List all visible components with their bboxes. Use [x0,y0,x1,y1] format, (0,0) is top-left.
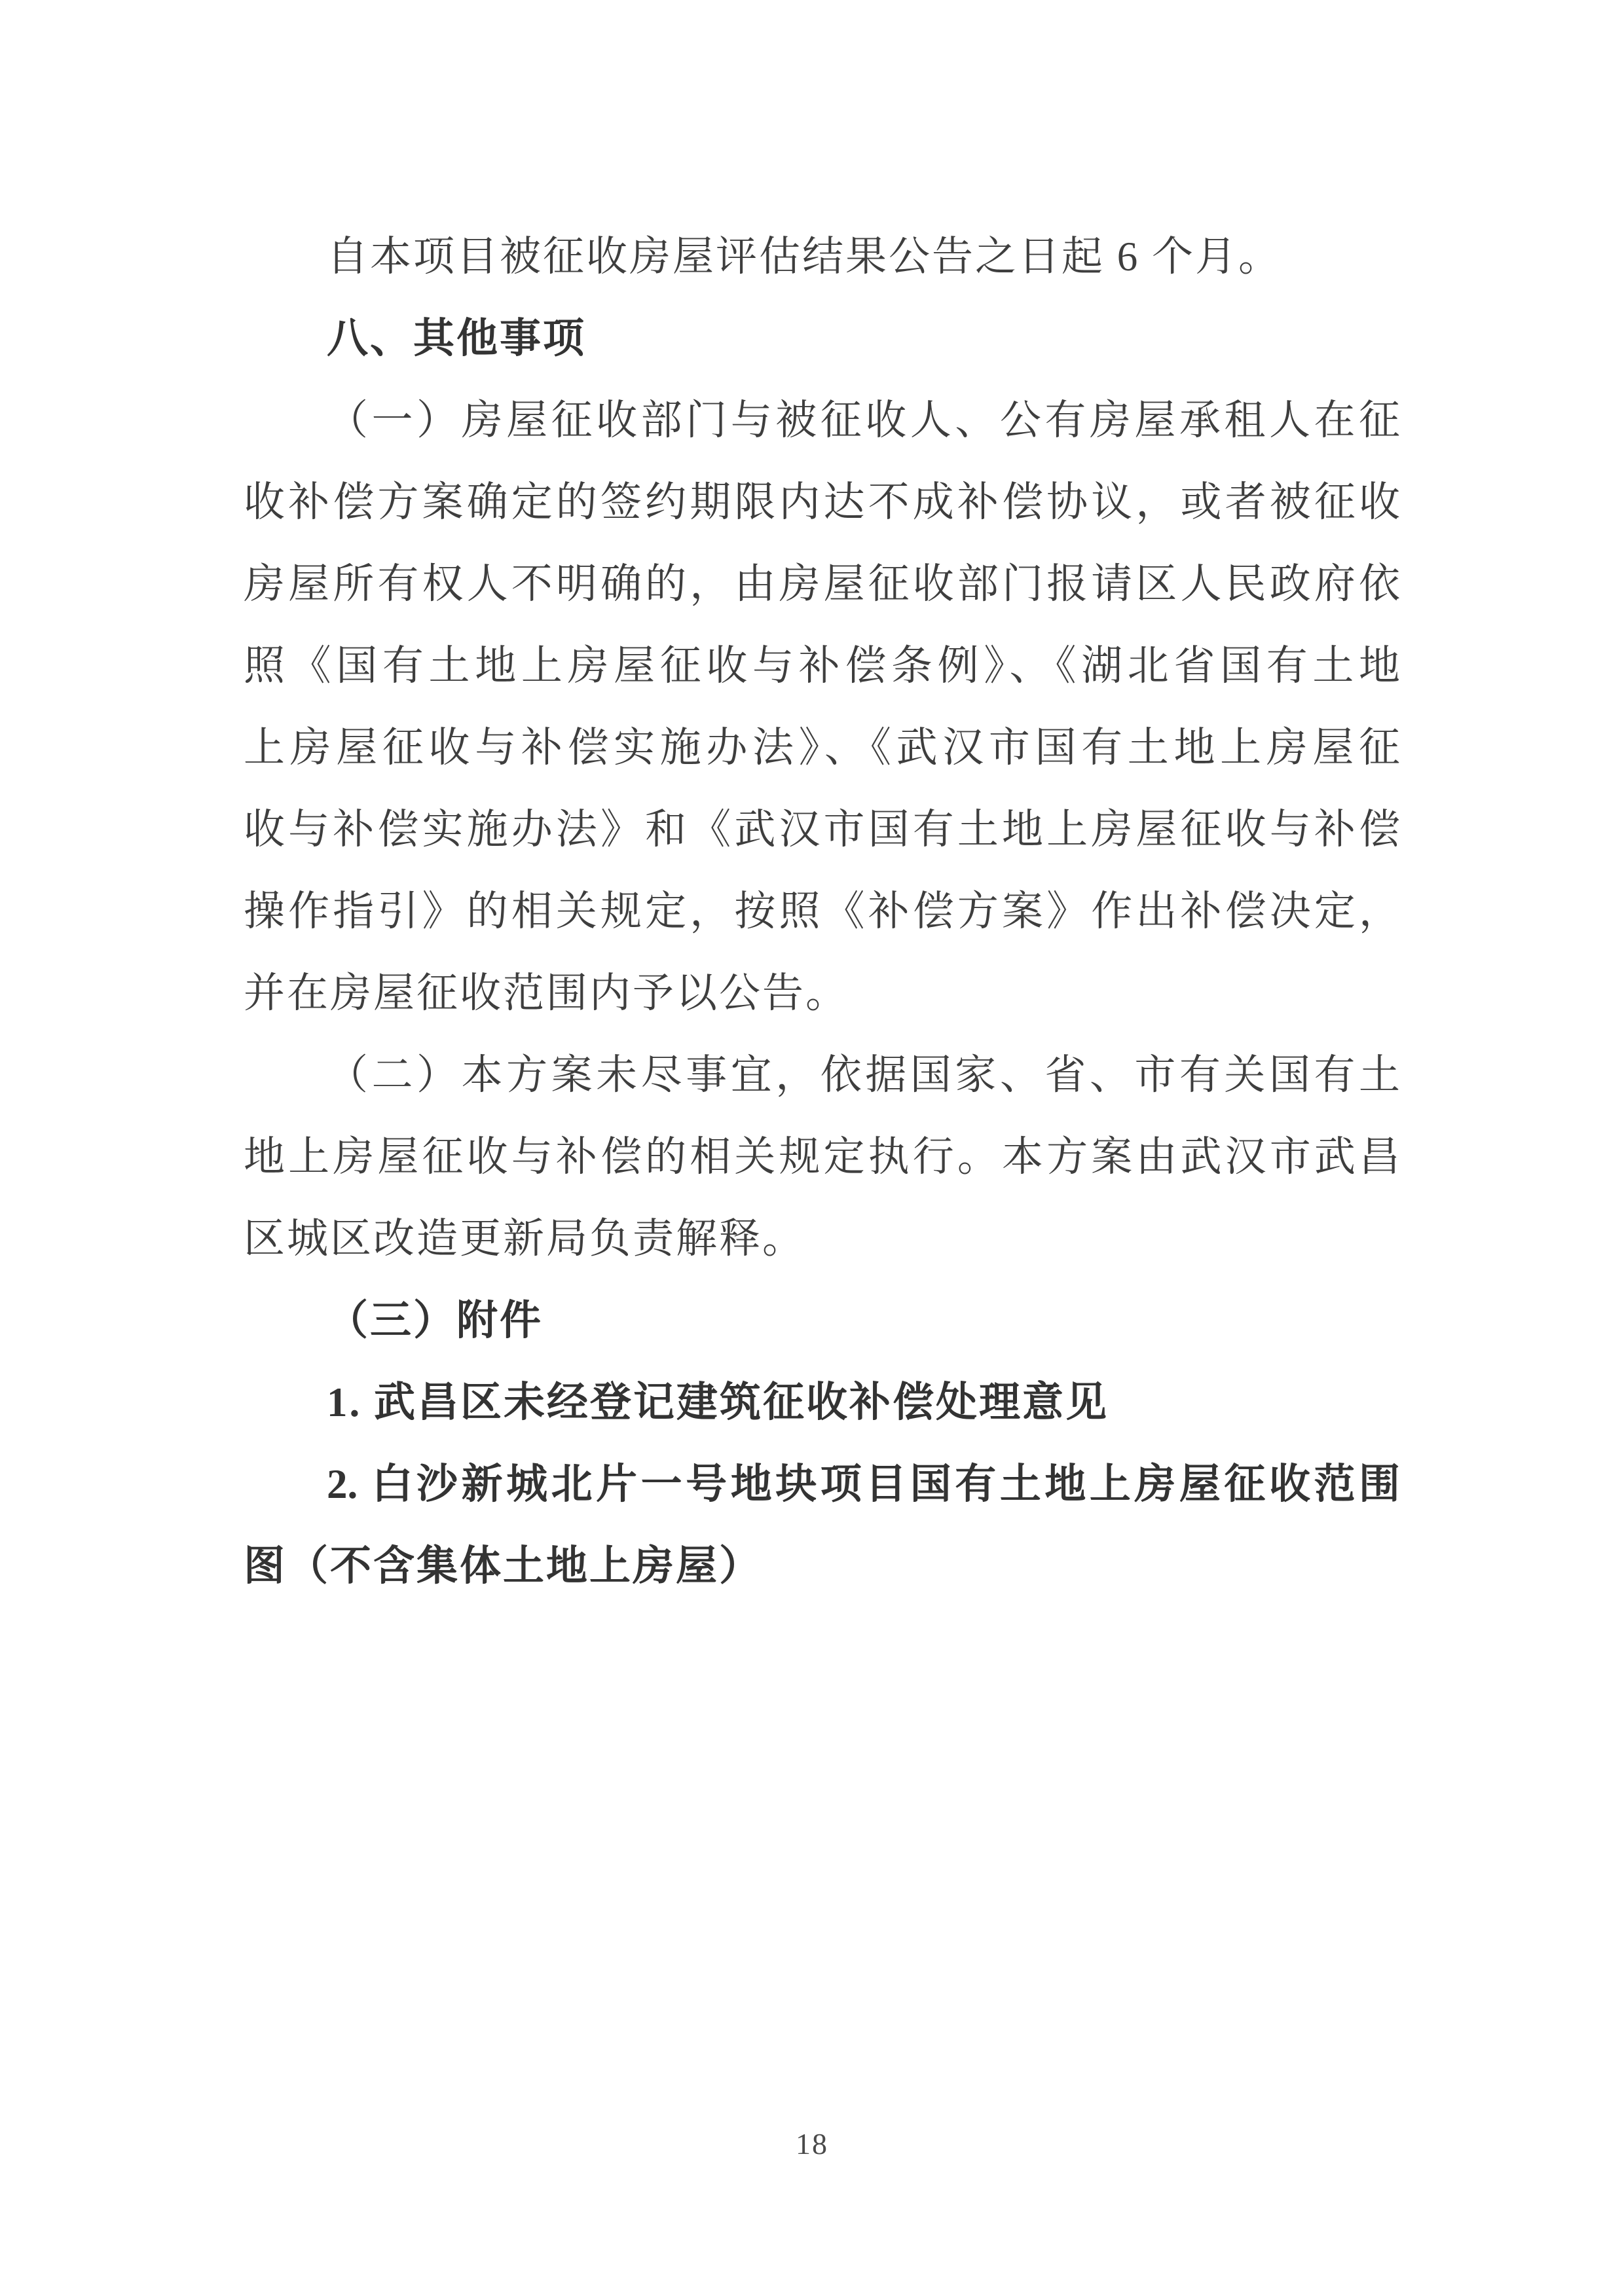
paragraph-line: （二）本方案未尽事宜，依据国家、省、市有关国有土 [244,1034,1400,1116]
paragraph-line: 区城区改造更新局负责解释。 [244,1198,1400,1280]
paragraph-line: 收补偿方案确定的签约期限内达不成补偿协议，或者被征收 [244,462,1400,543]
attachment-item-2-contd: 图（不含集体土地上房屋） [244,1525,1400,1607]
document-body: 自本项目被征收房屋评估结果公告之日起 6 个月。 八、其他事项 （一）房屋征收部… [244,216,1400,1607]
page-footer: 18 [0,2126,1624,2161]
paragraph-line: 自本项目被征收房屋评估结果公告之日起 6 个月。 [244,216,1400,298]
document-page: 自本项目被征收房屋评估结果公告之日起 6 个月。 八、其他事项 （一）房屋征收部… [0,0,1624,2296]
paragraph-line: 地上房屋征收与补偿的相关规定执行。本方案由武汉市武昌 [244,1116,1400,1198]
attachment-item-1: 1. 武昌区未经登记建筑征收补偿处理意见 [244,1362,1400,1444]
attachment-item-2: 2. 白沙新城北片一号地块项目国有土地上房屋征收范围 [244,1444,1400,1525]
paragraph-line: 收与补偿实施办法》和《武汉市国有土地上房屋征收与补偿 [244,789,1400,871]
attachments-heading: （三）附件 [244,1280,1400,1362]
page-number: 18 [796,2127,828,2160]
paragraph-line: 房屋所有权人不明确的，由房屋征收部门报请区人民政府依 [244,543,1400,625]
paragraph-line: （一）房屋征收部门与被征收人、公有房屋承租人在征 [244,380,1400,462]
paragraph-line: 上房屋征收与补偿实施办法》、《武汉市国有土地上房屋征 [244,707,1400,789]
paragraph-line: 照《国有土地上房屋征收与补偿条例》、《湖北省国有土地 [244,625,1400,707]
paragraph-line: 操作指引》的相关规定，按照《补偿方案》作出补偿决定， [244,871,1400,953]
paragraph-line: 并在房屋征收范围内予以公告。 [244,953,1400,1034]
section-heading: 八、其他事项 [244,298,1400,380]
